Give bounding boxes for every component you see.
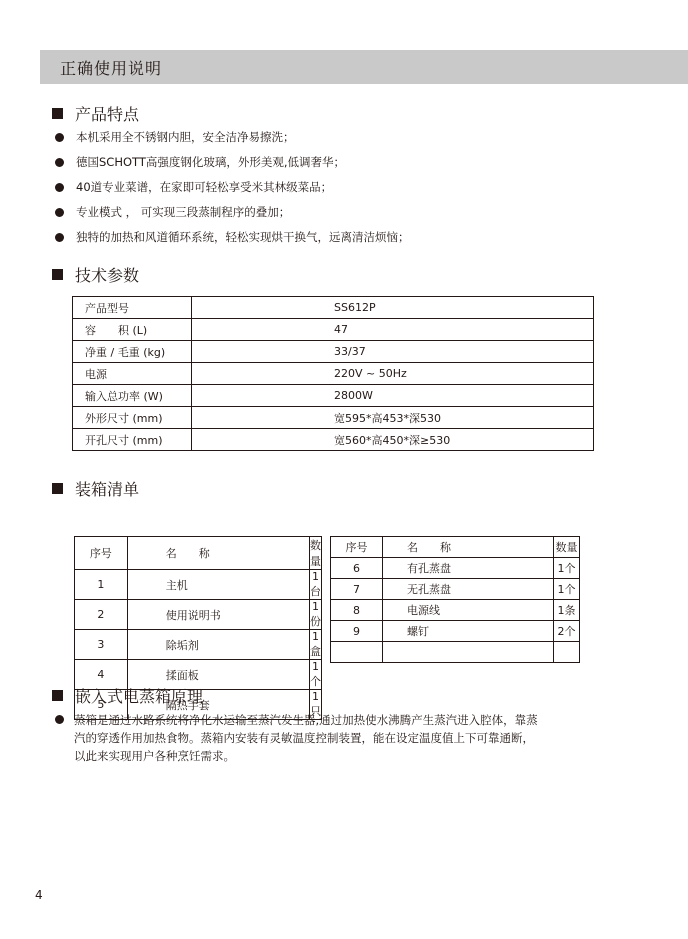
table-row: 7无孔蒸盘1个: [331, 579, 580, 600]
spec-value: SS612P: [192, 297, 594, 319]
table-row: 容 积 (L)47: [73, 319, 594, 341]
bullet-dot-icon: [55, 158, 64, 167]
page-number: 4: [35, 888, 43, 902]
bullet-dot-icon: [55, 133, 64, 142]
bullet-dot-icon: [55, 208, 64, 217]
column-header: 序号: [75, 537, 128, 570]
section-heading-features: 产品特点: [52, 102, 139, 125]
spec-value: 47: [192, 319, 594, 341]
feature-text: 独特的加热和风道循环系统，轻松实现烘干换气，远离清洁烦恼；: [76, 229, 410, 245]
feature-text: 40道专业菜谱，在家即可轻松享受米其林级菜品；: [76, 179, 332, 195]
bullet-dot-icon: [55, 233, 64, 242]
spec-label: 产品型号: [73, 297, 192, 319]
feature-item: 专业模式 ， 可实现三段蒸制程序的叠加；: [55, 204, 290, 220]
cell-qty: 1条: [554, 600, 580, 621]
cell-name: 主机: [127, 570, 309, 600]
cell-name: 电源线: [383, 600, 554, 621]
table-row: 8电源线1条: [331, 600, 580, 621]
table-header: 序号名 称数量: [331, 537, 580, 558]
cell-no: 6: [331, 558, 383, 579]
spec-label: 电源: [73, 363, 192, 385]
cell-qty: 2个: [554, 621, 580, 642]
cell-name: 无孔蒸盘: [383, 579, 554, 600]
spec-table: 产品型号SS612P 容 积 (L)47 净重 / 毛重 (kg)33/37 电…: [72, 296, 594, 451]
cell-no: 2: [75, 600, 128, 630]
cell-qty: 1台: [310, 570, 322, 600]
cell-no: 3: [75, 630, 128, 660]
section-heading-packing: 装箱清单: [52, 477, 139, 500]
square-bullet-icon: [52, 690, 63, 701]
cell-no: [331, 642, 383, 663]
spec-value: 2800W: [192, 385, 594, 407]
cell-qty: 1个: [310, 660, 322, 690]
feature-text: 本机采用全不锈钢内胆，安全洁净易擦洗；: [76, 129, 295, 145]
spec-label: 净重 / 毛重 (kg): [73, 341, 192, 363]
spec-label: 外形尺寸 (mm): [73, 407, 192, 429]
section-title: 装箱清单: [75, 477, 139, 500]
cell-qty: 1盒: [310, 630, 322, 660]
table-row: 输入总功率 (W)2800W: [73, 385, 594, 407]
spec-value: 33/37: [192, 341, 594, 363]
table-header: 序号名 称数量: [75, 537, 322, 570]
cell-name: [383, 642, 554, 663]
bullet-dot-icon: [55, 715, 64, 724]
square-bullet-icon: [52, 269, 63, 280]
bullet-dot-icon: [55, 183, 64, 192]
spec-label: 输入总功率 (W): [73, 385, 192, 407]
feature-item: 40道专业菜谱，在家即可轻松享受米其林级菜品；: [55, 179, 332, 195]
feature-item: 独特的加热和风道循环系统，轻松实现烘干换气，远离清洁烦恼；: [55, 229, 410, 245]
page-title-bar: 正确使用说明: [40, 50, 688, 84]
square-bullet-icon: [52, 483, 63, 494]
spec-label: 开孔尺寸 (mm): [73, 429, 192, 451]
column-header: 数量: [554, 537, 580, 558]
feature-item: 德国SCHOTT高强度钢化玻璃，外形美观,低调奢华；: [55, 154, 345, 170]
section-title: 技术参数: [75, 263, 139, 286]
square-bullet-icon: [52, 108, 63, 119]
cell-name: 使用说明书: [127, 600, 309, 630]
table-row: [331, 642, 580, 663]
table-row: 产品型号SS612P: [73, 297, 594, 319]
principle-paragraph: 蒸箱是通过水路系统将净化水运输至蒸汽发生器,通过加热使水沸腾产生蒸汽进入腔体，靠…: [74, 711, 544, 765]
cell-name: 除垢剂: [127, 630, 309, 660]
cell-name: 螺钉: [383, 621, 554, 642]
table-row: 2使用说明书1份: [75, 600, 322, 630]
cell-qty: [554, 642, 580, 663]
section-heading-principle: 嵌入式电蒸箱原理: [52, 684, 203, 707]
cell-qty: 1个: [554, 579, 580, 600]
table-row: 外形尺寸 (mm)宽595*高453*深530: [73, 407, 594, 429]
cell-no: 7: [331, 579, 383, 600]
section-title: 嵌入式电蒸箱原理: [75, 684, 203, 707]
column-header: 数量: [310, 537, 322, 570]
table-row: 9螺钉2个: [331, 621, 580, 642]
feature-item: 本机采用全不锈钢内胆，安全洁净易擦洗；: [55, 129, 295, 145]
packing-table-right: 序号名 称数量 6有孔蒸盘1个 7无孔蒸盘1个 8电源线1条 9螺钉2个: [330, 536, 580, 663]
feature-text: 德国SCHOTT高强度钢化玻璃，外形美观,低调奢华；: [76, 154, 345, 170]
spec-value: 宽560*高450*深≥530: [192, 429, 594, 451]
cell-qty: 1个: [554, 558, 580, 579]
spec-value: 220V ~ 50Hz: [192, 363, 594, 385]
table-row: 净重 / 毛重 (kg)33/37: [73, 341, 594, 363]
table-row: 开孔尺寸 (mm)宽560*高450*深≥530: [73, 429, 594, 451]
cell-no: 8: [331, 600, 383, 621]
column-header: 名 称: [383, 537, 554, 558]
cell-name: 有孔蒸盘: [383, 558, 554, 579]
table-row: 电源220V ~ 50Hz: [73, 363, 594, 385]
cell-no: 1: [75, 570, 128, 600]
column-header: 名 称: [127, 537, 309, 570]
spec-label: 容 积 (L): [73, 319, 192, 341]
cell-no: 9: [331, 621, 383, 642]
column-header: 序号: [331, 537, 383, 558]
spec-value: 宽595*高453*深530: [192, 407, 594, 429]
section-heading-specs: 技术参数: [52, 263, 139, 286]
page-title: 正确使用说明: [60, 56, 162, 79]
table-row: 1主机1台: [75, 570, 322, 600]
feature-text: 专业模式 ， 可实现三段蒸制程序的叠加；: [76, 204, 290, 220]
cell-qty: 1份: [310, 600, 322, 630]
table-row: 6有孔蒸盘1个: [331, 558, 580, 579]
table-row: 3除垢剂1盒: [75, 630, 322, 660]
section-title: 产品特点: [75, 102, 139, 125]
